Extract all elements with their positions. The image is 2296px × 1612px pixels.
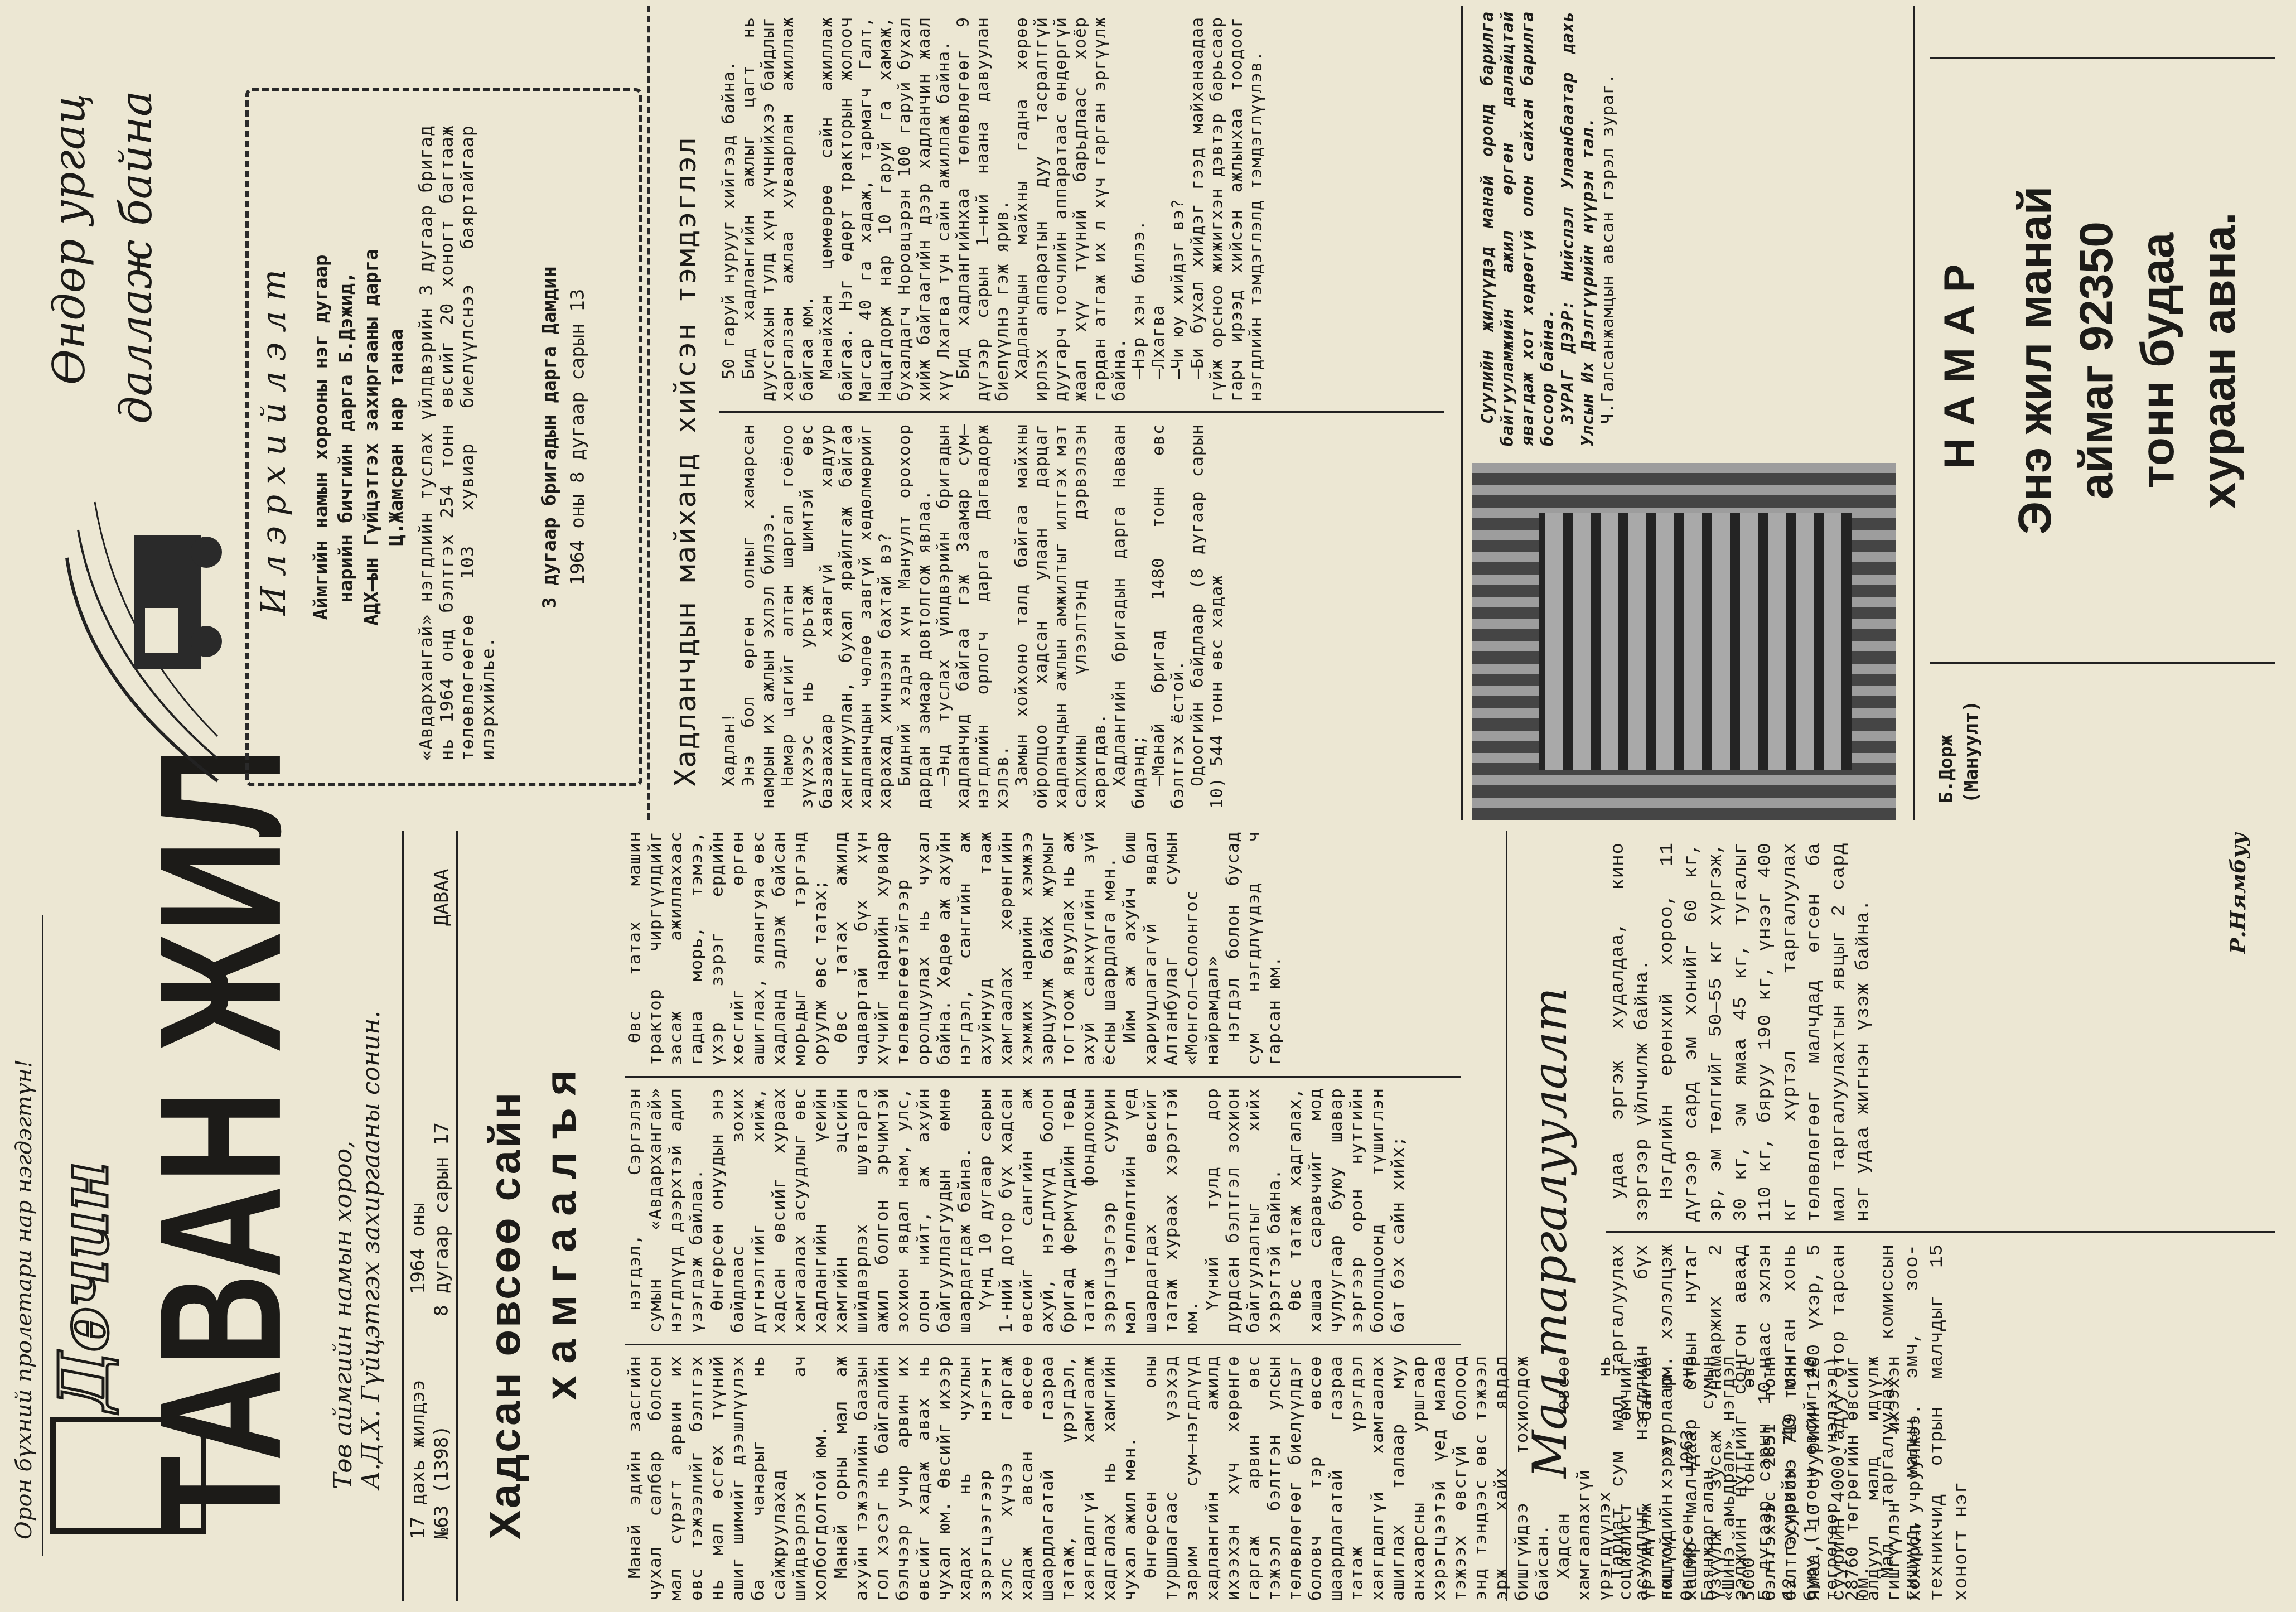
paragraph: —Чи юу хийдэг вэ? — [1168, 17, 1188, 402]
paragraph: Өвс татах ажилд чадвартай бүх хүн хүчийг… — [831, 831, 1120, 1065]
lead-article-col3: Өвс татах машин трактор чиргүүлдийг заса… — [625, 831, 1285, 1065]
autumn-line4: хураан авна. — [2192, 59, 2246, 662]
harvest-headline-1: Өндөр ургац — [45, 94, 95, 385]
paragraph: Үүнд 10 дугаар сарын 1-ний дотор бүх хад… — [975, 1088, 1202, 1333]
paragraph: Хадлангийн бригадын дарга Наваан бидэнд; — [1110, 424, 1149, 809]
photo-credit: Ч.Галсанжамцын авсан гэрэл зураг. — [1598, 11, 1618, 446]
column-divider — [625, 1344, 1461, 1345]
lead-headline-line1: Хадсан өвсөө сайн — [480, 1090, 530, 1539]
livestock-headline: Мал таргалуулалт — [1522, 987, 1577, 1478]
paragraph: —Манай бригад 1480 тонн өвс бэлтгэх ёсто… — [1149, 424, 1188, 809]
column-divider — [719, 411, 1444, 413]
issue-date: 8 дугаар сарын 17 — [431, 1122, 453, 1316]
paragraph: Энэ бол өргөн олныг хамарсан намрын их а… — [739, 424, 778, 809]
autumn-heading: НАМАР — [1935, 59, 1984, 662]
lead-headline-line2: хамгаалъя — [535, 1058, 586, 1400]
building-facade — [1539, 513, 1852, 770]
field-notes-col1: Хадлан! Энэ бол өргөн олныг хамарсан нам… — [719, 424, 1227, 809]
field-notes-wavy-rule — [647, 6, 655, 820]
section-rule — [1913, 6, 1915, 820]
field-notes-author: Б.Дорж — [1935, 735, 1957, 803]
section-rule — [1506, 831, 1507, 1601]
year-label: 1964 оны — [407, 1203, 429, 1294]
paragraph: Ийм аж ахуйч биш хариуцлагагүй явдал Алт… — [1120, 831, 1223, 1065]
paragraph: Одоогийн байдлаар (8 дугаар сарын 10) 54… — [1188, 424, 1227, 809]
combine-harvester-icon — [50, 457, 229, 792]
autumn-box: НАМАР Энэ жил манай аймаг 92350 тонн буд… — [1930, 57, 2275, 664]
greeting-signature: 3 дугаар бригадын дарга Дамдин — [539, 91, 561, 783]
paragraph: Нэгдлийн ерөнхий хороо, 11 дүгээр сард э… — [1655, 842, 1876, 1222]
greeting-title: Илэрхийлэлт — [254, 91, 293, 783]
greeting-date: 1964 оны 8 дугаар сарын 13 — [567, 91, 589, 783]
lead-article-col2: нэгдэл, Сэргэлэн сумын «Авдархангай» нэг… — [625, 1088, 1409, 1333]
greeting-to-3: АДХ—ын Гүйцэтгэх захиргааны дарга — [360, 91, 383, 783]
masthead-script-word: Дөчин — [45, 1162, 123, 1411]
paragraph: Хадлан! — [719, 424, 739, 809]
paragraph: Бид хадлангийн ажлыг цагт нь дуусгахын т… — [739, 17, 817, 402]
paragraph: Бид хадлангийнхаа төлөвлөгөөг 9 дүгээр с… — [954, 17, 1012, 402]
livestock-col2: удаа эргэж худалдаа, кино зэргээр үйлчил… — [1606, 842, 1876, 1222]
autumn-line2: аймаг 92350 — [2069, 59, 2123, 662]
livestock-col1: Тариат сум мал таргалуулах асуудлыг нэгд… — [1606, 1244, 1974, 1601]
date-strip-top-rule — [402, 831, 404, 1601]
greeting-box: Илэрхийлэлт Аймгийн намын хорооны нэг ду… — [245, 88, 642, 786]
paragraph: Өнгөрсөн онуудын энэ байдлаас зохих дүгн… — [707, 1088, 975, 1333]
paragraph: Хадланчдын майхны гадна хөрөө ирлэх аппа… — [1012, 17, 1129, 402]
issue-number: №63 (1398) — [431, 1425, 453, 1539]
caption-text: Суулийн жилүүдэд манай оронд барилга бай… — [1478, 11, 1558, 446]
masthead-title: ТАВАН ЖИЛ — [134, 746, 307, 1534]
paragraph: нэгдэл, Сэргэлэн сумын «Авдархангай» нэг… — [625, 1088, 707, 1333]
masthead-rule — [42, 915, 43, 1556]
greeting-to-1: Аймгийн намын хорооны нэг дугаар — [310, 91, 332, 783]
paragraph: Тариат сум мал таргалуулах асуудлыг нэгд… — [1606, 1244, 1876, 1601]
paragraph: Бидний хэдэн хүн Мануулт орохоор дардан … — [895, 424, 934, 809]
paragraph: Өнгөрсөн оны туршлагаас үзэхэд зарим сум… — [1140, 1355, 1553, 1601]
masthead-slogan: Орон бүхний пролетари нар нэгдэгтүн! — [11, 814, 37, 1539]
paragraph: —Лхагва — [1149, 17, 1168, 402]
column-divider — [1606, 1231, 2275, 1233]
paragraph: 50 гаруй нурууг хийгээд байна. — [719, 17, 739, 402]
paragraph: —Нэр хэн билээ. — [1129, 17, 1149, 402]
paragraph: Манай орны мал аж ахуйн тэжээлийн баазын… — [831, 1355, 1140, 1601]
newspaper-page: Орон бүхний пролетари нар нэгдэгтүн! Дөч… — [0, 0, 2296, 1612]
paragraph: Намар цагийг алтан шаргал гоёлоо зүүхээс… — [778, 424, 895, 809]
field-notes-headline: Хадланчдын майханд хийсэн тэмдэглэл — [669, 136, 703, 786]
paragraph: Манайхан цөмөөрөө сайн ажиллаж байгаа. Н… — [817, 17, 954, 402]
paragraph: нэгдэл болон бусад сум нэгдлүүдэд ч гарс… — [1223, 831, 1285, 1065]
field-notes-col2: 50 гаруй нурууг хийгээд байна. Бид хадла… — [719, 17, 1266, 402]
harvest-headline-2: даллаж байна — [112, 91, 162, 424]
greeting-to-2: нарийн бичгийн дарга Б.Дэжид, — [335, 91, 357, 783]
section-rule — [1461, 6, 1463, 820]
paragraph: Замын хойхоно талд байгаа майхны ойролцо… — [1012, 424, 1110, 809]
greeting-body: «Авдархангай» нэгдлийн туслах үйлдвэрийн… — [416, 125, 499, 761]
volume-label: 17 дахь жилдээ — [407, 1379, 429, 1539]
building-photo — [1472, 463, 1896, 820]
caption-text: ЗУРАГ ДЭЭР: Нийслэл Улаанбаатар дахь Улс… — [1558, 11, 1598, 446]
paragraph: —Би бухал хийдэг гээд майханаадаа гүйж о… — [1188, 17, 1266, 402]
column-divider — [625, 1076, 1461, 1078]
paragraph: Манай эдийн засгийн чухал салбар болсон … — [625, 1355, 831, 1601]
paragraph: Үүний тулд дор дурдсан бэлтгэл зохион ба… — [1202, 1088, 1285, 1333]
photo-caption: Суулийн жилүүдэд манай оронд барилга бай… — [1478, 11, 1618, 446]
paragraph: Өвс татаж хадгалах, хашаа саравчийг мод … — [1285, 1088, 1409, 1333]
greeting-to-4: Ц.Жамсран нар танаа — [385, 91, 408, 783]
autumn-line1: Энэ жил манай — [2008, 59, 2062, 662]
date-strip-bottom-rule — [456, 831, 458, 1601]
livestock-author: Р.Нямбуу — [2225, 833, 2250, 954]
paragraph: Мал таргалуулах комиссын гишүүд, малын э… — [1876, 1244, 1974, 1601]
paragraph: Өвс татах машин трактор чиргүүлдийг заса… — [625, 831, 831, 1065]
weekday-label: ДАВАА — [431, 869, 453, 926]
masthead-publisher-2: А.Д.Х. Гүйцэтгэх захиргааны сонин. — [357, 1011, 385, 1489]
masthead-publisher-1: Төв аймгийн намын хороо, — [329, 1141, 357, 1489]
autumn-line3: тонн будаа — [2130, 59, 2184, 662]
paragraph: удаа эргэж худалдаа, кино зэргээр үйлчил… — [1606, 842, 1655, 1222]
paragraph: —Энд туслах үйлдвэрийн бригадын хадланчи… — [934, 424, 1012, 809]
field-notes-place: (Мануулт) — [1960, 701, 1983, 803]
